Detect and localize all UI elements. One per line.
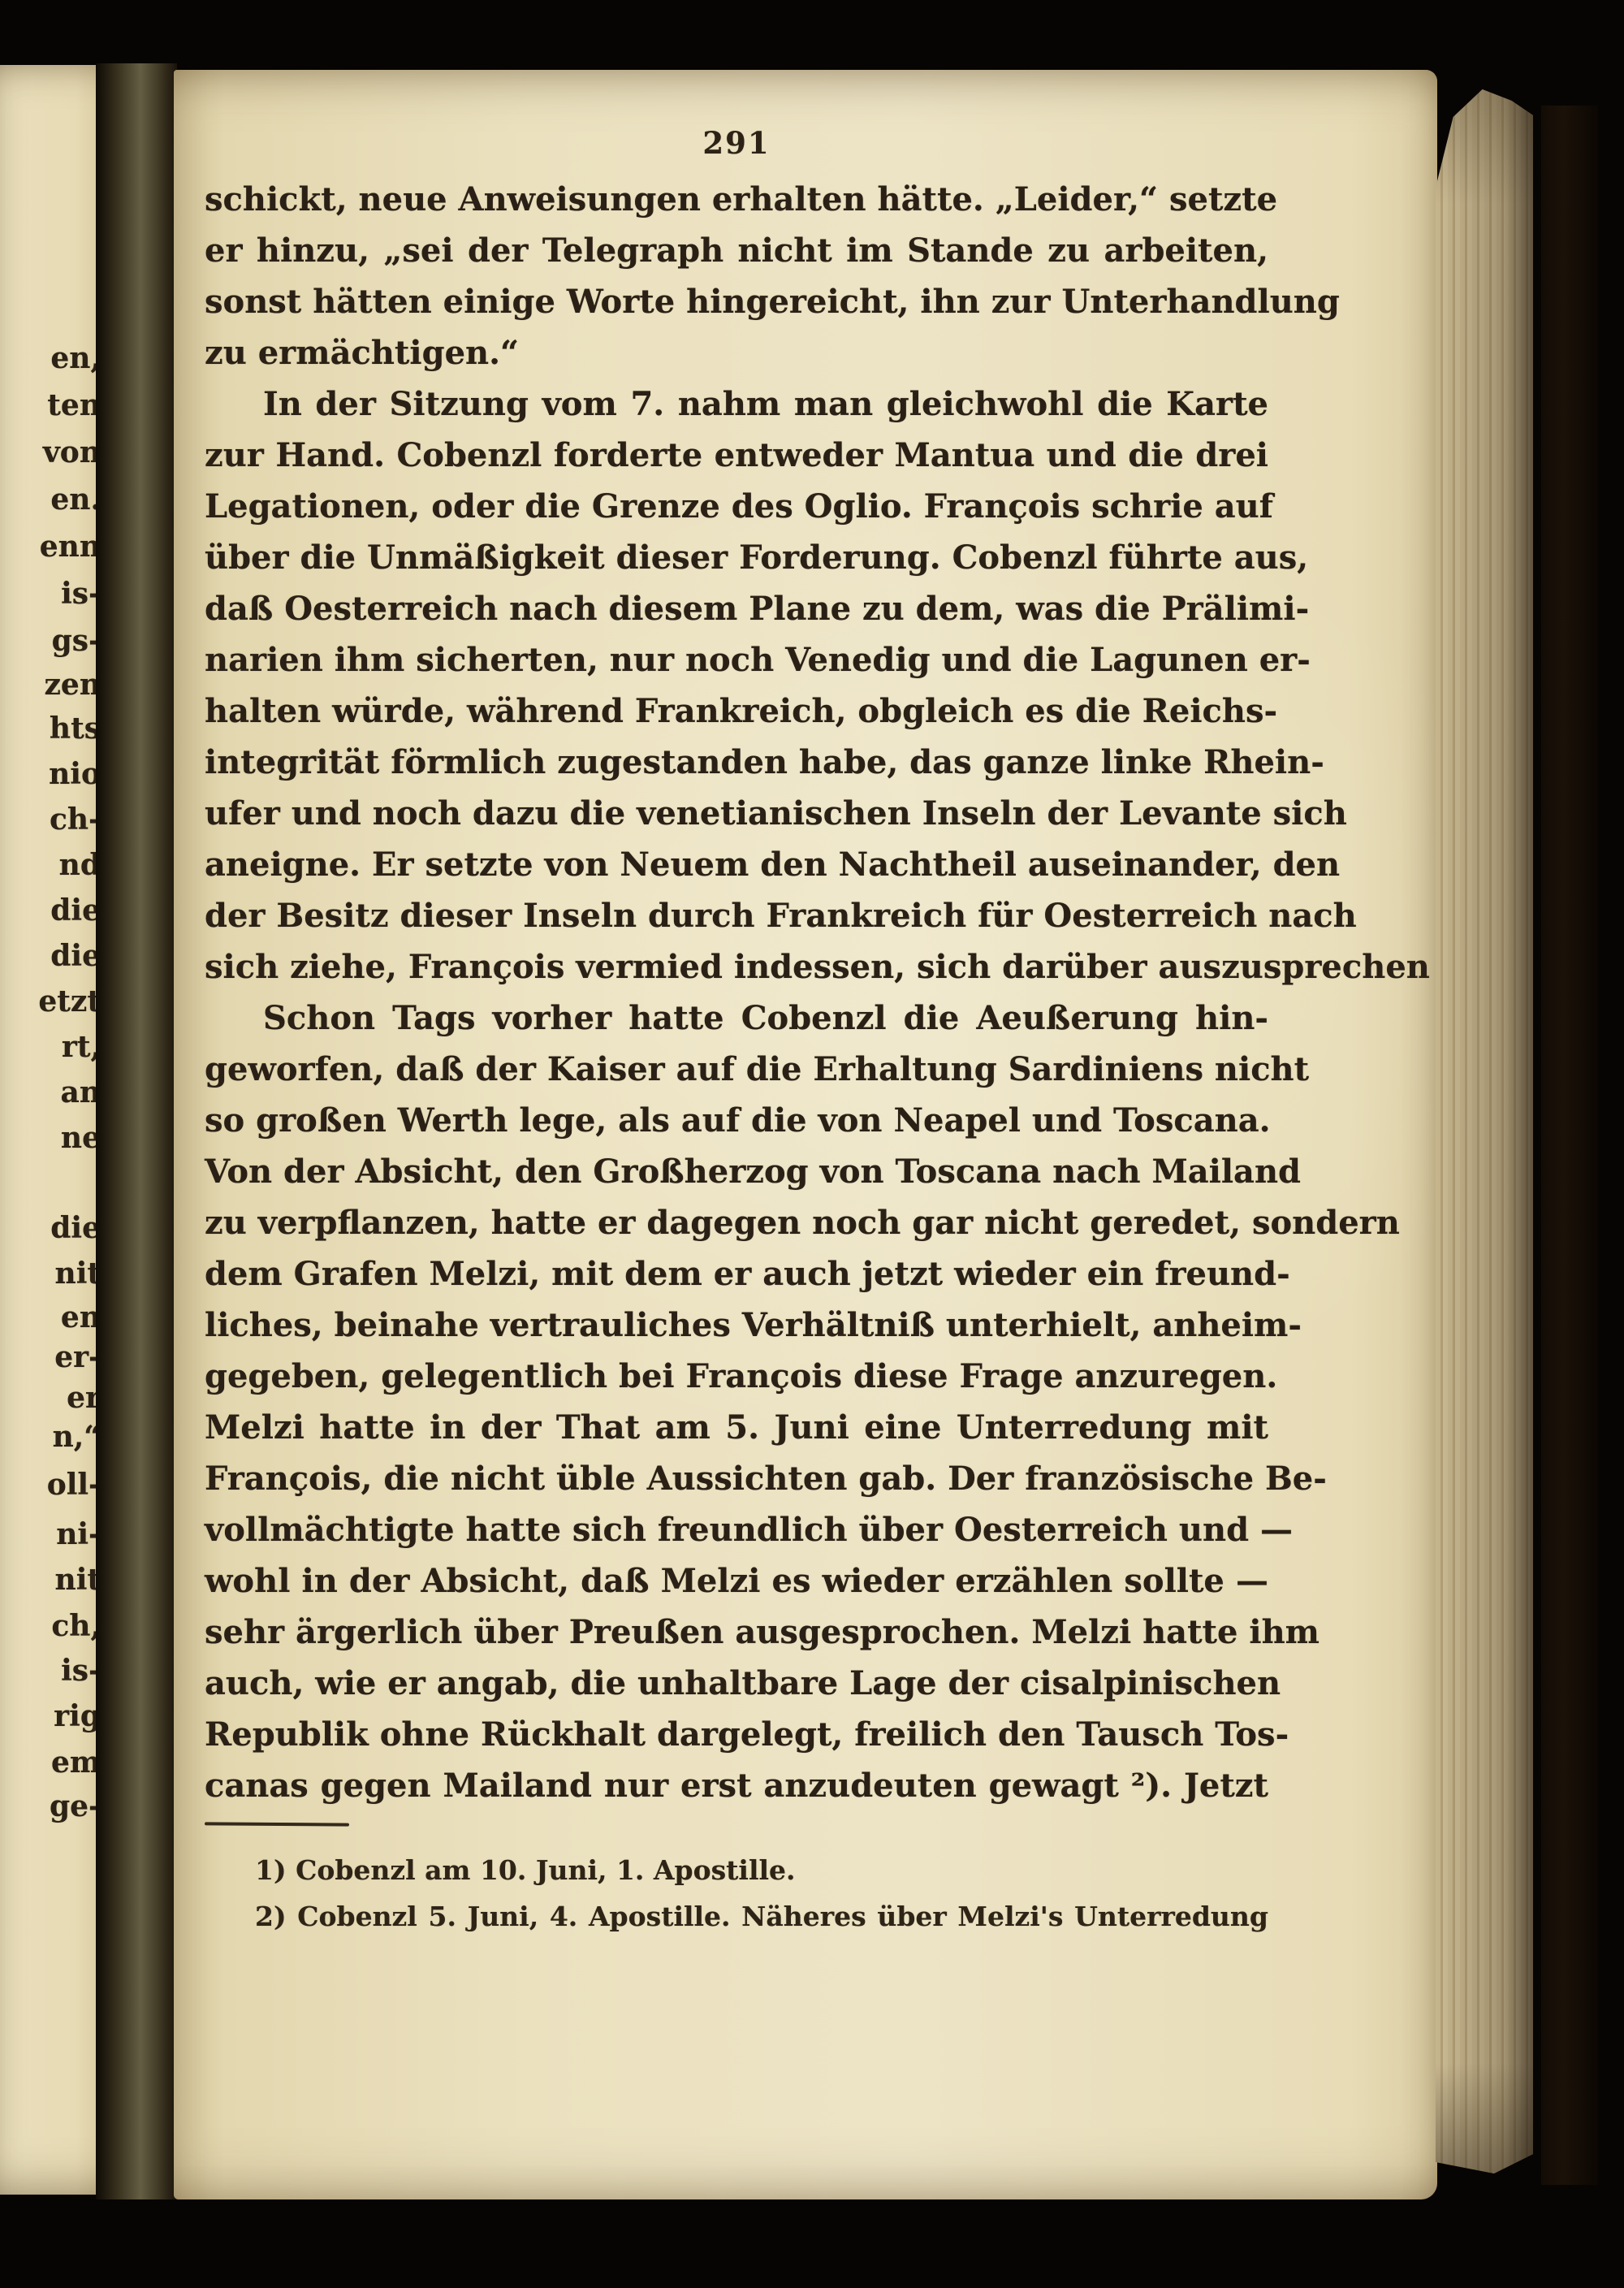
- left-page-word-fragment: an: [3, 1075, 101, 1116]
- book-gutter-shadow: [96, 63, 177, 2199]
- page-text-lines: schickt, neue Anweisungen erhalten hätte…: [205, 174, 1268, 1811]
- text-line: vollmächtigte hatte sich freundlich über…: [205, 1504, 1268, 1555]
- left-page-word-fragment: nio: [3, 757, 101, 798]
- left-page-word-fragment: is-: [3, 577, 101, 617]
- text-line: sich ziehe, François vermied indessen, s…: [205, 941, 1268, 993]
- text-line: In der Sitzung vom 7. nahm man gleichwoh…: [205, 378, 1268, 430]
- left-page-word-fragment: en.: [3, 482, 101, 523]
- left-page-word-fragment: is-: [3, 1654, 101, 1694]
- text-line: Von der Absicht, den Großherzog von Tosc…: [205, 1146, 1268, 1197]
- text-line: sehr ärgerlich über Preußen ausgesproche…: [205, 1607, 1268, 1658]
- book-page: 291 schickt, neue Anweisungen erhalten h…: [174, 70, 1437, 2199]
- text-line: der Besitz dieser Inseln durch Frankreic…: [205, 890, 1268, 941]
- left-page-word-fragment: ch-: [3, 802, 101, 843]
- book-fore-edge-pages: [1436, 78, 1533, 2190]
- text-line: Schon Tags vorher hatte Cobenzl die Aeuß…: [205, 993, 1268, 1044]
- text-line: narien ihm sicherten, nur noch Venedig u…: [205, 634, 1268, 686]
- left-page-word-fragment: die: [3, 893, 101, 934]
- text-line: aneigne. Er setzte von Neuem den Nachthe…: [205, 839, 1268, 890]
- text-line: zu verpflanzen, hatte er dagegen noch ga…: [205, 1197, 1268, 1248]
- text-line: zur Hand. Cobenzl forderte entweder Mant…: [205, 430, 1268, 481]
- text-line: halten würde, während Frankreich, obglei…: [205, 686, 1268, 737]
- footnote-line: 1) Cobenzl am 10. Juni, 1. Apostille.: [205, 1847, 1268, 1893]
- text-line: so großen Werth lege, als auf die von Ne…: [205, 1095, 1268, 1146]
- left-page-word-fragment: oll-: [3, 1468, 101, 1508]
- text-line: sonst hätten einige Worte hingereicht, i…: [205, 276, 1268, 327]
- left-page-word-fragment: die: [3, 1211, 101, 1252]
- left-page-word-fragment: nit: [3, 1256, 101, 1297]
- text-line: Legationen, oder die Grenze des Oglio. F…: [205, 481, 1268, 532]
- left-page-word-fragment: die: [3, 939, 101, 980]
- text-line: Republik ohne Rückhalt dargelegt, freili…: [205, 1709, 1268, 1760]
- text-line: er hinzu, „sei der Telegraph nicht im St…: [205, 225, 1268, 276]
- footnote-separator-rule: [205, 1822, 349, 1826]
- left-page-word-fragment: en,: [3, 341, 101, 382]
- left-page-word-fragment: en: [3, 1300, 101, 1341]
- left-page-word-fragment: enn: [3, 530, 101, 570]
- page-number: 291: [205, 125, 1268, 161]
- left-page-word-fragment: zen: [3, 668, 101, 708]
- left-page-word-fragment: nit: [3, 1563, 101, 1603]
- text-line: geworfen, daß der Kaiser auf die Erhaltu…: [205, 1044, 1268, 1095]
- text-line: dem Grafen Melzi, mit dem er auch jetzt …: [205, 1248, 1268, 1300]
- text-line: integrität förmlich zugestanden habe, da…: [205, 737, 1268, 788]
- text-line: ufer und noch dazu die venetianischen In…: [205, 788, 1268, 839]
- text-line: Melzi hatte in der That am 5. Juni eine …: [205, 1402, 1268, 1453]
- left-page-word-fragment: ch,: [3, 1609, 101, 1650]
- left-page-word-fragment: gs-: [3, 624, 101, 664]
- text-line: über die Unmäßigkeit dieser Forderung. C…: [205, 532, 1268, 583]
- left-page-word-fragment: nd: [3, 848, 101, 889]
- text-line: gegeben, gelegentlich bei François diese…: [205, 1351, 1268, 1402]
- left-page-word-fragment: ge-: [3, 1789, 101, 1830]
- text-line: zu ermächtigen.“: [205, 327, 1268, 378]
- left-page-word-fragment: rt,: [3, 1030, 101, 1070]
- left-page-word-fragment: er-: [3, 1340, 101, 1381]
- left-page-word-fragment: rig: [3, 1699, 101, 1740]
- left-page-word-fragment: em: [3, 1745, 101, 1786]
- text-line: liches, beinahe vertrauliches Verhältniß…: [205, 1300, 1268, 1351]
- text-line: canas gegen Mailand nur erst anzudeuten …: [205, 1760, 1268, 1811]
- left-page-word-fragment: hts: [3, 711, 101, 752]
- left-page-word-fragment: n,“: [3, 1420, 101, 1460]
- text-line: schickt, neue Anweisungen erhalten hätte…: [205, 174, 1268, 225]
- left-page-word-fragment: ne: [3, 1121, 101, 1161]
- footnotes: 1) Cobenzl am 10. Juni, 1. Apostille.2) …: [205, 1847, 1268, 1940]
- left-page-word-fragment: er: [3, 1381, 101, 1421]
- book-cover-edge: [1541, 106, 1598, 2185]
- left-page-word-fragment: ni-: [3, 1517, 101, 1558]
- left-page-word-fragment: etzt: [3, 984, 101, 1025]
- left-page-word-fragment: ten: [3, 388, 101, 429]
- footnote-line: 2) Cobenzl 5. Juni, 4. Apostille. Nähere…: [205, 1893, 1268, 1940]
- left-page-word-fragment: von: [3, 435, 101, 476]
- text-line: daß Oesterreich nach diesem Plane zu dem…: [205, 583, 1268, 634]
- text-line: François, die nicht üble Aussichten gab.…: [205, 1453, 1268, 1504]
- text-line: wohl in der Absicht, daß Melzi es wieder…: [205, 1555, 1268, 1607]
- text-line: auch, wie er angab, die unhaltbare Lage …: [205, 1658, 1268, 1709]
